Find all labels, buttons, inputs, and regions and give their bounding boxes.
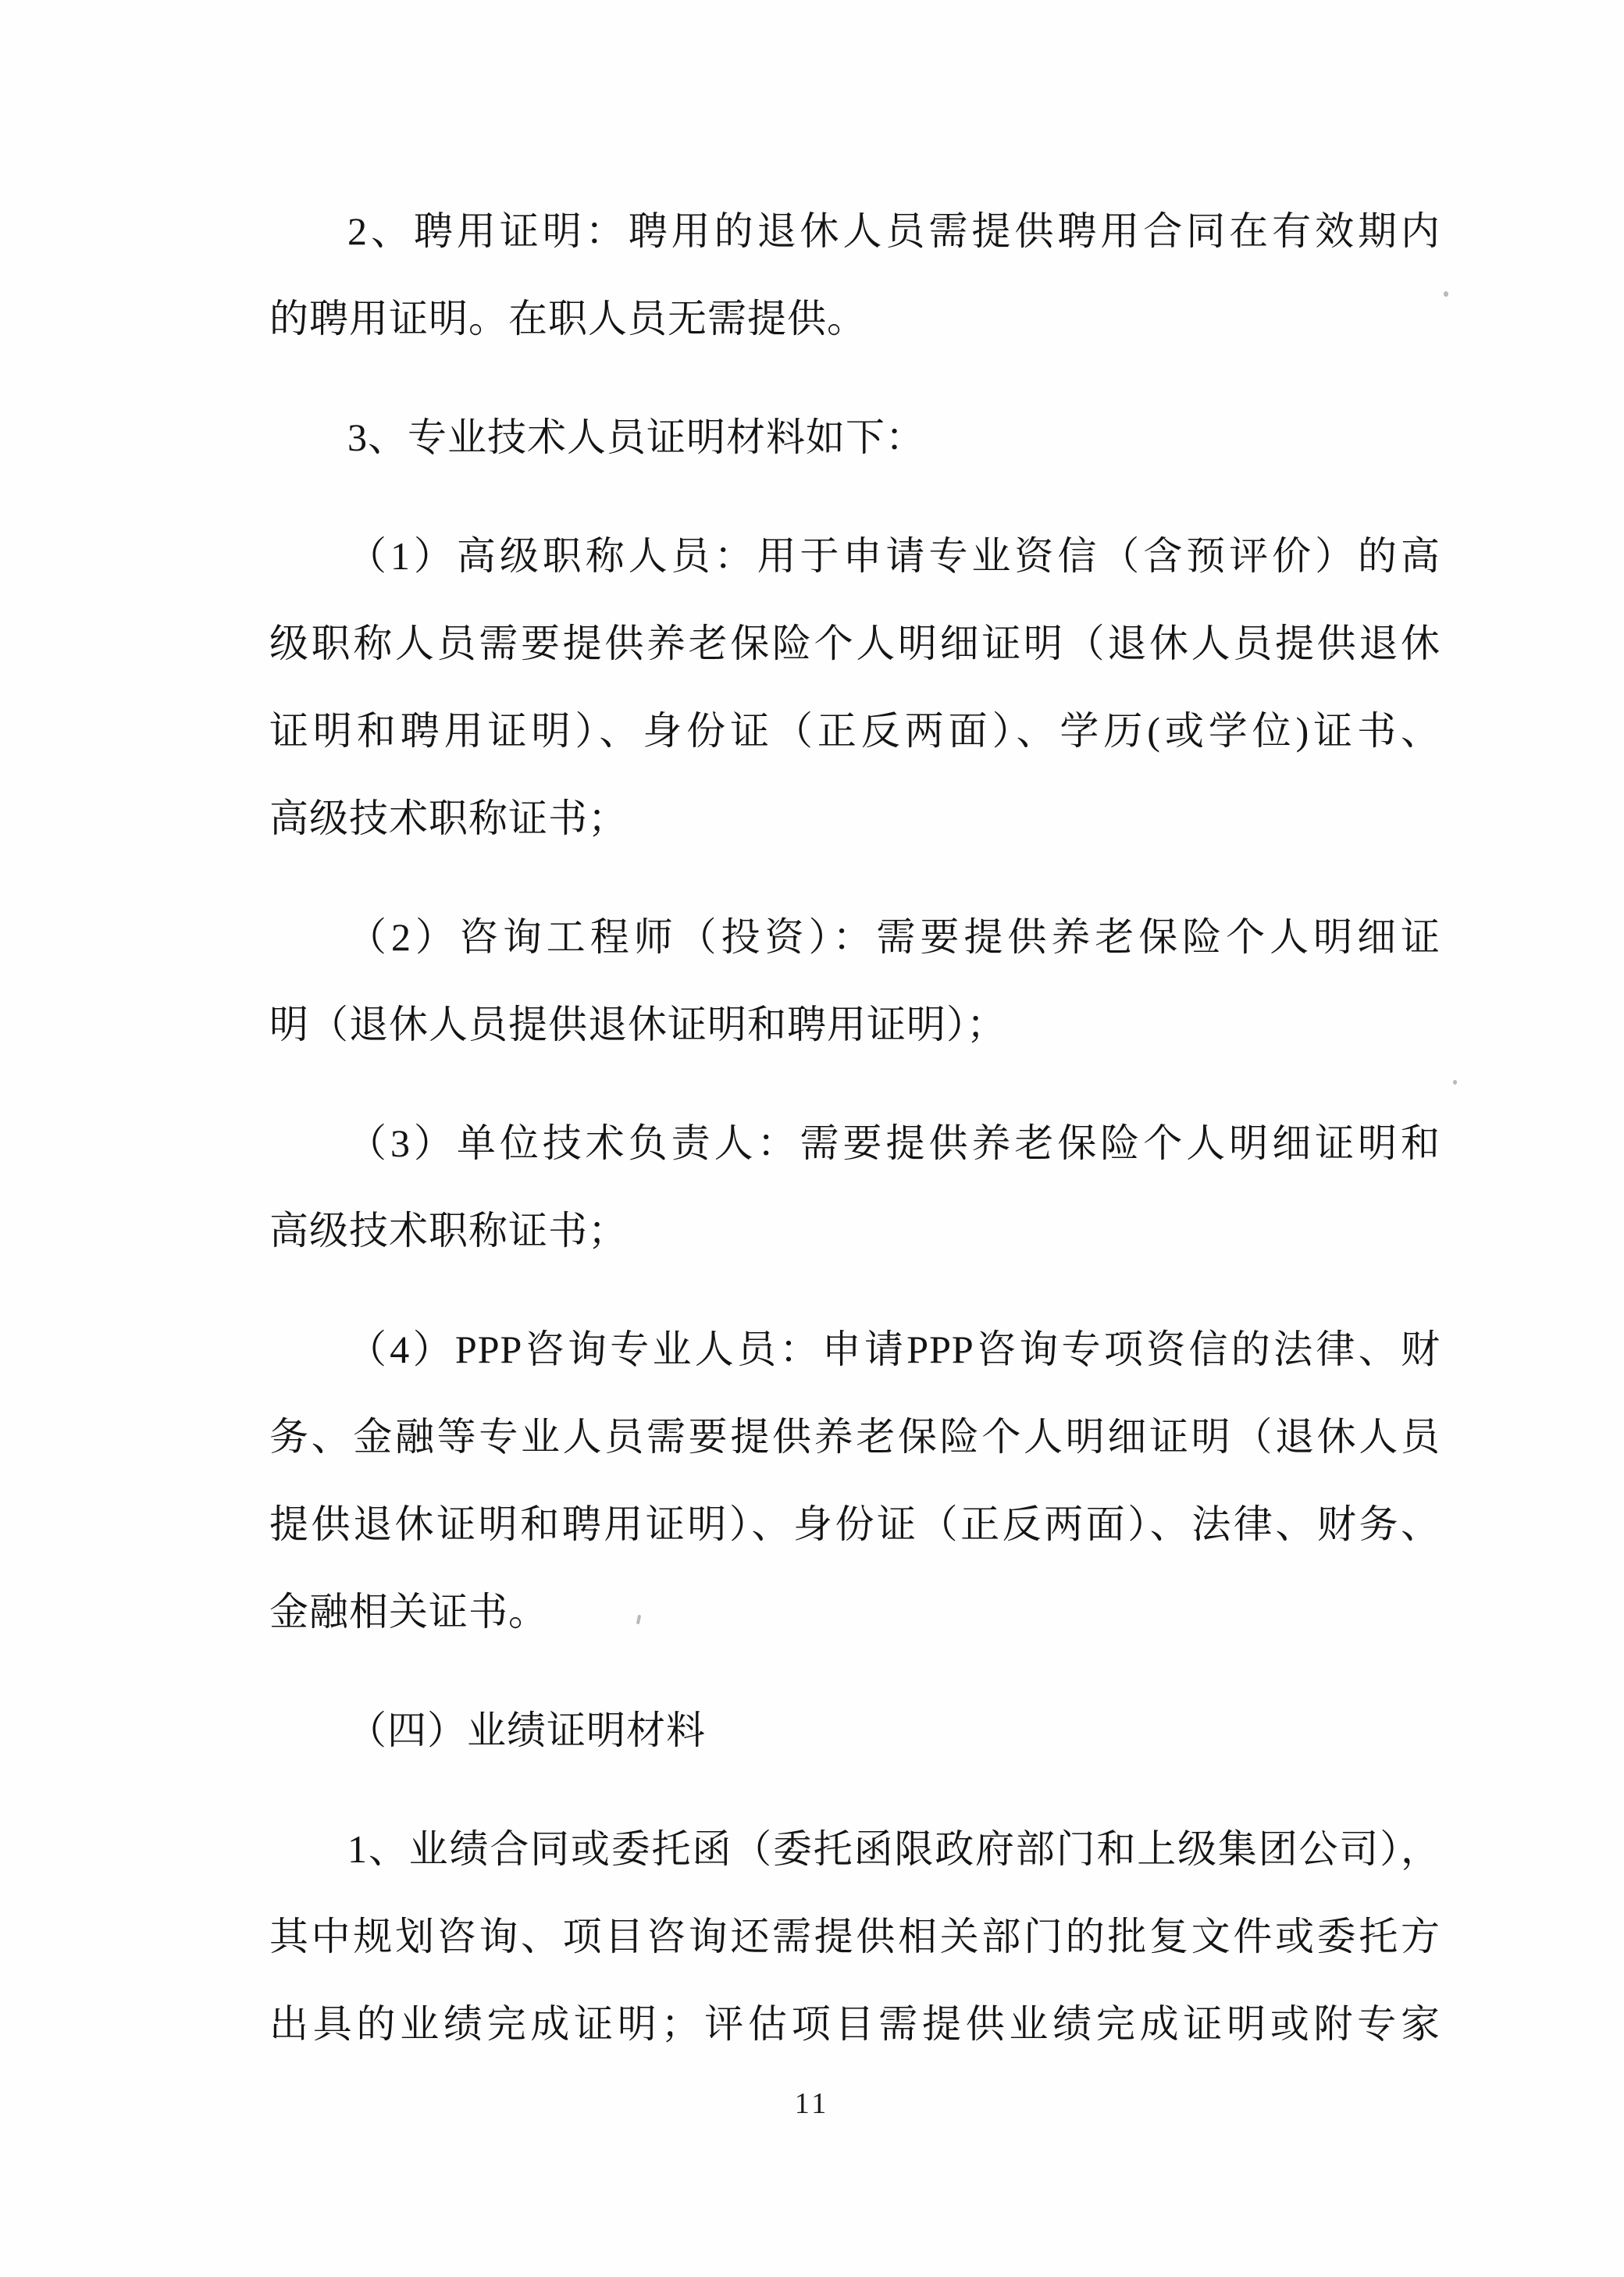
paragraph-unit-tech-lead: （3）单位技术负责人：需要提供养老保险个人明细证明和 高级技术职称证书； <box>269 1099 1441 1274</box>
paragraph-line: （四）业绩证明材料 <box>269 1687 1441 1774</box>
paragraph-line: （2）咨询工程师（投资）：需要提供养老保险个人明细证 <box>269 893 1441 981</box>
paragraph-line: （3）单位技术负责人：需要提供养老保险个人明细证明和 <box>269 1099 1441 1187</box>
paragraph-consulting-engineer: （2）咨询工程师（投资）：需要提供养老保险个人明细证 明（退休人员提供退休证明和… <box>269 893 1441 1068</box>
paragraph-line: 其中规划咨询、项目咨询还需提供相关部门的批复文件或委托方 <box>269 1893 1441 1980</box>
scan-artifact <box>1453 1080 1457 1085</box>
paragraph-line: 高级技术职称证书； <box>269 775 1441 862</box>
paragraph-employment-proof: 2、聘用证明：聘用的退休人员需提供聘用合同在有效期内 的聘用证明。在职人员无需提… <box>269 187 1441 362</box>
paragraph-ppp-consulting: （4）PPP咨询专业人员：申请PPP咨询专项资信的法律、财 务、金融等专业人员需… <box>269 1306 1441 1655</box>
paragraph-senior-title-personnel: （1）高级职称人员：用于申请专业资信（含预评价）的高 级职称人员需要提供养老保险… <box>269 512 1441 862</box>
paragraph-line: 提供退休证明和聘用证明）、身份证（正反两面）、法律、财务、 <box>269 1481 1441 1568</box>
paragraph-line: 的聘用证明。在职人员无需提供。 <box>269 275 1441 362</box>
paragraph-line: 2、聘用证明：聘用的退休人员需提供聘用合同在有效期内 <box>269 187 1441 275</box>
document-body: 2、聘用证明：聘用的退休人员需提供聘用合同在有效期内 的聘用证明。在职人员无需提… <box>269 187 1441 2099</box>
paragraph-line: 高级技术职称证书； <box>269 1187 1441 1274</box>
paragraph-performance-proof-heading: （四）业绩证明材料 <box>269 1687 1441 1774</box>
paragraph-line: 金融相关证书。 <box>269 1568 1441 1655</box>
paragraph-tech-personnel-heading: 3、专业技术人员证明材料如下： <box>269 394 1441 481</box>
scan-artifact <box>1444 291 1448 297</box>
page-number: 11 <box>0 2086 1624 2121</box>
paragraph-line: （4）PPP咨询专业人员：申请PPP咨询专项资信的法律、财 <box>269 1306 1441 1393</box>
paragraph-line: 出具的业绩完成证明；评估项目需提供业绩完成证明或附专家 <box>269 1980 1441 2068</box>
paragraph-line: 级职称人员需要提供养老保险个人明细证明（退休人员提供退休 <box>269 600 1441 687</box>
paragraph-line: 1、业绩合同或委托函（委托函限政府部门和上级集团公司）， <box>269 1805 1441 1893</box>
paragraph-line: 明（退休人员提供退休证明和聘用证明）； <box>269 981 1441 1068</box>
paragraph-line: 3、专业技术人员证明材料如下： <box>269 394 1441 481</box>
document-page: 2、聘用证明：聘用的退休人员需提供聘用合同在有效期内 的聘用证明。在职人员无需提… <box>0 0 1624 2277</box>
paragraph-line: （1）高级职称人员：用于申请专业资信（含预评价）的高 <box>269 512 1441 600</box>
paragraph-line: 证明和聘用证明）、身份证（正反两面）、学历(或学位)证书、 <box>269 687 1441 775</box>
paragraph-performance-contract: 1、业绩合同或委托函（委托函限政府部门和上级集团公司）， 其中规划咨询、项目咨询… <box>269 1805 1441 2068</box>
scan-artifact <box>1330 652 1334 656</box>
paragraph-line: 务、金融等专业人员需要提供养老保险个人明细证明（退休人员 <box>269 1393 1441 1481</box>
